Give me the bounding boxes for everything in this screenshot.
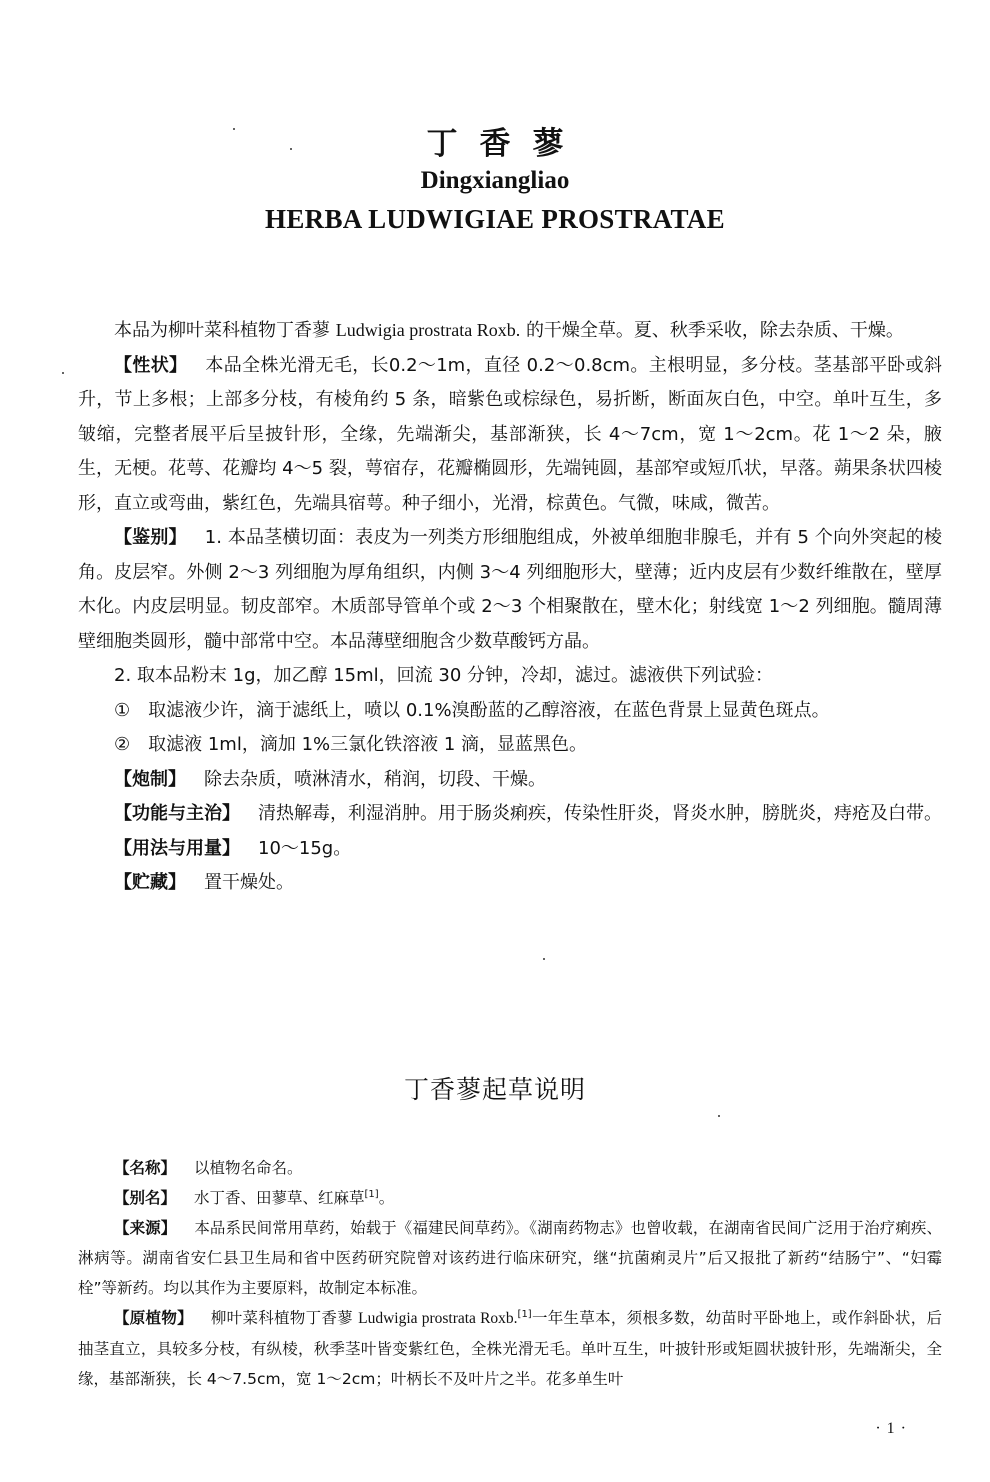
intro-paragraph: 本品为柳叶菜科植物丁香蓼 Ludwigia prostrata Roxb. 的干… — [78, 313, 942, 349]
alias-section: 【别名】水丁香、田蓼草、红麻草[1]。 — [78, 1183, 942, 1213]
scan-speck — [62, 372, 64, 374]
latin-binomial: Ludwigia prostrata Roxb. — [358, 1310, 517, 1327]
section-label: 【别名】 — [114, 1189, 176, 1207]
monograph-title-latin: HERBA LUDWIGIAE PROSTRATAE — [0, 204, 990, 235]
reference-marker: [1] — [365, 1189, 379, 1200]
section-label: 【性状】 — [114, 355, 187, 376]
section-label: 【功能与主治】 — [114, 803, 240, 824]
section-text: 本品系民间常用草药，始载于《福建民间草药》。《湖南药物志》也曾收载，在湖南省民间… — [78, 1219, 942, 1297]
section-text: 以植物名命名。 — [194, 1159, 303, 1177]
section-label: 【来源】 — [114, 1219, 176, 1237]
scan-speck — [290, 148, 292, 150]
identification-test-2: ② 取滤液 1ml，滴加 1%三氯化铁溶液 1 滴，显蓝黑色。 — [78, 728, 942, 763]
section-text: 水丁香、田蓼草、红麻草 — [194, 1189, 365, 1207]
section-text: 除去杂质，喷淋清水，稍润，切段、干燥。 — [204, 769, 546, 790]
intro-text-end: 的干燥全草。夏、秋季采收，除去杂质、干燥。 — [526, 320, 904, 341]
source-section: 【来源】本品系民间常用草药，始载于《福建民间草药》。《湖南药物志》也曾收载，在湖… — [78, 1213, 942, 1303]
scan-speck — [718, 1115, 720, 1117]
monograph-title-pinyin: Dingxiangliao — [0, 167, 990, 195]
identification-item-2: 2. 取本品粉末 1g，加乙醇 15ml，回流 30 分钟，冷却，滤过。滤液供下… — [78, 659, 942, 694]
drafting-notes-body: 【名称】以植物名命名。 【别名】水丁香、田蓼草、红麻草[1]。 【来源】本品系民… — [78, 1153, 942, 1394]
monograph-title-chinese: 丁香蓼 — [0, 118, 990, 163]
section-text: 本品全株光滑无毛，长0.2～1m，直径 0.2～0.8cm。主根明显，多分枝。茎… — [78, 355, 942, 514]
section-label: 【用法与用量】 — [114, 838, 240, 859]
section-text: 清热解毒，利湿消肿。用于肠炎痢疾，传染性肝炎，肾炎水肿，膀胱炎，痔疮及白带。 — [258, 803, 942, 824]
functions-section: 【功能与主治】清热解毒，利湿消肿。用于肠炎痢疾，传染性肝炎，肾炎水肿，膀胱炎，痔… — [78, 797, 942, 832]
drafting-notes-title: 丁香蓼起草说明 — [0, 1070, 990, 1106]
section-label: 【贮藏】 — [114, 872, 186, 893]
section-label: 【名称】 — [114, 1159, 176, 1177]
section-label: 【原植物】 — [114, 1309, 193, 1327]
original-plant-section: 【原植物】柳叶菜科植物丁香蓼 Ludwigia prostrata Roxb.[… — [78, 1303, 942, 1394]
identification-item-1: 1. 本品茎横切面：表皮为一列类方形细胞组成，外被单细胞非腺毛，并有 5 个向外… — [78, 527, 942, 652]
monograph-body: 本品为柳叶菜科植物丁香蓼 Ludwigia prostrata Roxb. 的干… — [78, 313, 942, 901]
section-label: 【鉴别】 — [114, 527, 187, 548]
section-text: 置干燥处。 — [204, 872, 294, 893]
scan-speck — [233, 128, 235, 130]
characters-section: 【性状】本品全株光滑无毛，长0.2～1m，直径 0.2～0.8cm。主根明显，多… — [78, 349, 942, 522]
processing-section: 【炮制】除去杂质，喷淋清水，稍润，切段、干燥。 — [78, 763, 942, 798]
identification-section: 【鉴别】1. 本品茎横切面：表皮为一列类方形细胞组成，外被单细胞非腺毛，并有 5… — [78, 521, 942, 659]
scan-speck — [543, 958, 545, 960]
dosage-section: 【用法与用量】10～15g。 — [78, 832, 942, 867]
identification-test-1: ① 取滤液少许，滴于滤纸上，喷以 0.1%溴酚蓝的乙醇溶液，在蓝色背景上显黄色斑… — [78, 694, 942, 729]
punctuation: 。 — [379, 1189, 395, 1207]
reference-marker: [1] — [518, 1309, 532, 1320]
section-text: 10～15g。 — [258, 838, 351, 859]
storage-section: 【贮藏】置干燥处。 — [78, 866, 942, 901]
page-number: ·1· — [875, 1420, 912, 1438]
intro-text: 本品为柳叶菜科植物丁香蓼 — [114, 320, 330, 341]
latin-binomial: Ludwigia prostrata Roxb. — [336, 320, 520, 340]
name-section: 【名称】以植物名命名。 — [78, 1153, 942, 1183]
section-text: 柳叶菜科植物丁香蓼 — [211, 1309, 353, 1327]
section-label: 【炮制】 — [114, 769, 186, 790]
